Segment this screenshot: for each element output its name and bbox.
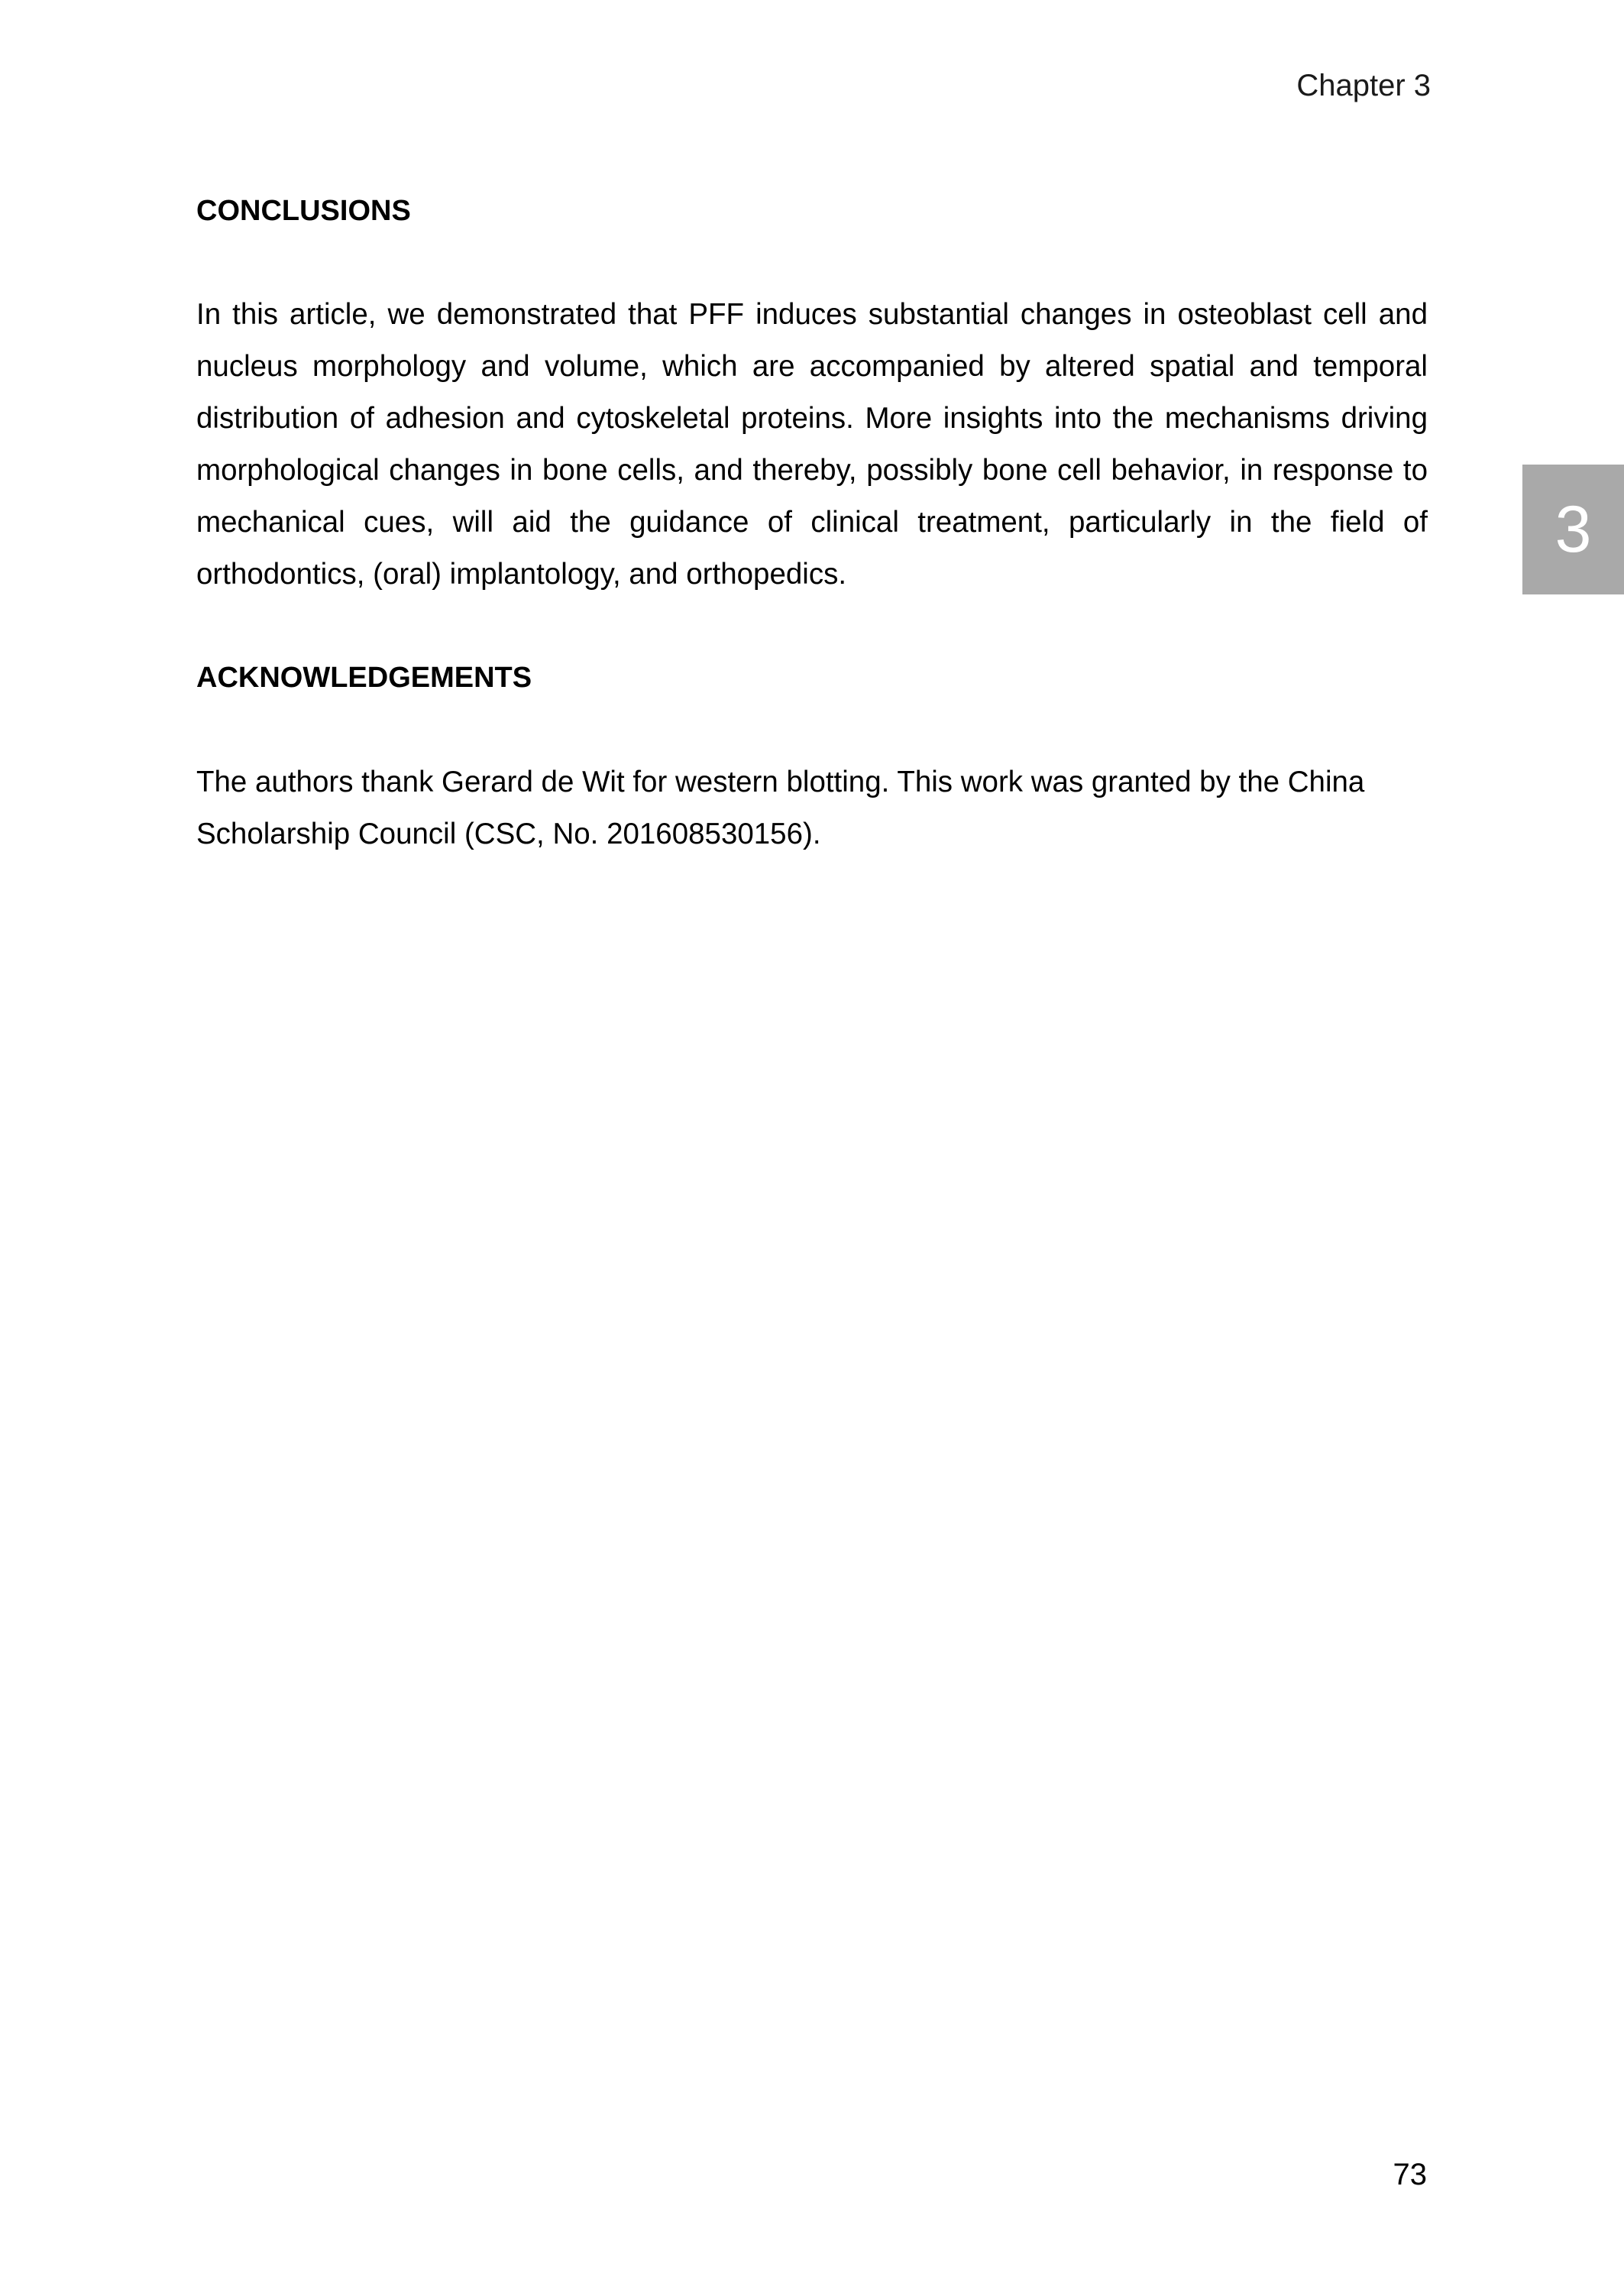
- acknowledgements-heading: ACKNOWLEDGEMENTS: [196, 662, 532, 695]
- conclusions-heading: CONCLUSIONS: [196, 195, 411, 228]
- text-line: morphological changes in bone cells, and…: [196, 445, 1428, 497]
- acknowledgements-paragraph: The authors thank Gerard de Wit for west…: [196, 756, 1388, 860]
- text-line: orthodontics, (oral) implantology, and o…: [196, 549, 1428, 601]
- text-line: nucleus morphology and volume, which are…: [196, 341, 1428, 393]
- text-line: distribution of adhesion and cytoskeleta…: [196, 393, 1428, 445]
- chapter-tab: 3: [1522, 465, 1624, 594]
- page-number: 73: [1393, 2158, 1428, 2192]
- running-head: Chapter 3: [1296, 69, 1431, 103]
- text-line: mechanical cues, will aid the guidance o…: [196, 497, 1428, 549]
- text-line: Scholarship Council (CSC, No. 2016085301…: [196, 808, 1388, 860]
- conclusions-paragraph: In this article, we demonstrated that PF…: [196, 289, 1428, 601]
- text-line: In this article, we demonstrated that PF…: [196, 289, 1428, 341]
- text-line: The authors thank Gerard de Wit for west…: [196, 756, 1388, 808]
